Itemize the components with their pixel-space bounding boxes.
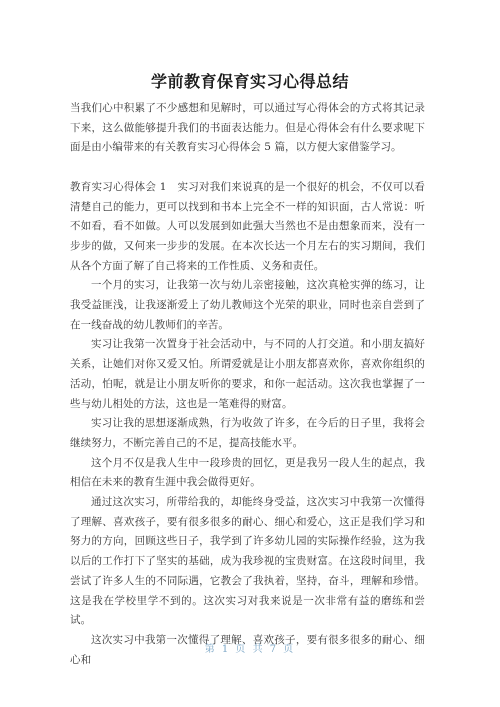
page-number: 第 1 页 共 7 页 bbox=[205, 644, 296, 655]
paragraph: 一个月的实习，让我第一次与幼儿亲密接触，这次真枪实弹的练习，让我受益匪浅，让我逐… bbox=[70, 276, 425, 335]
document-page: 学前教育保育实习心得总结 当我们心中积累了不少感想和见解时，可以通过写心得体会的… bbox=[0, 0, 500, 707]
paragraph: 当我们心中积累了不少感想和见解时，可以通过写心得体会的方式将其记录下来，这么做能… bbox=[70, 99, 425, 158]
paragraph: 实习让我第一次置身于社会活动中，与不同的人打交道。和小朋友搞好关系，让她们对你又… bbox=[70, 335, 425, 414]
document-title: 学前教育保育实习心得总结 bbox=[0, 0, 500, 91]
page-footer: 第 1 页 共 7 页 bbox=[0, 644, 500, 656]
paragraph: 实习让我的思想逐渐成熟，行为收敛了许多，在今后的日子里，我将会继续努力，不断完善… bbox=[70, 414, 425, 453]
document-body: 当我们心中积累了不少感想和见解时，可以通过写心得体会的方式将其记录下来，这么做能… bbox=[70, 99, 425, 670]
paragraph: 这个月不仅是我人生中一段珍贵的回忆，更是我另一段人生的起点，我相信在未来的教育生… bbox=[70, 454, 425, 493]
paragraph: 通过这次实习，所带给我的，却能终身受益，这次实习中我第一次懂得了理解、喜欢孩子，… bbox=[70, 493, 425, 631]
paragraph: 教育实习心得体会 1 实习对我们来说真的是一个很好的机会，不仅可以看清楚自己的能… bbox=[70, 178, 425, 277]
